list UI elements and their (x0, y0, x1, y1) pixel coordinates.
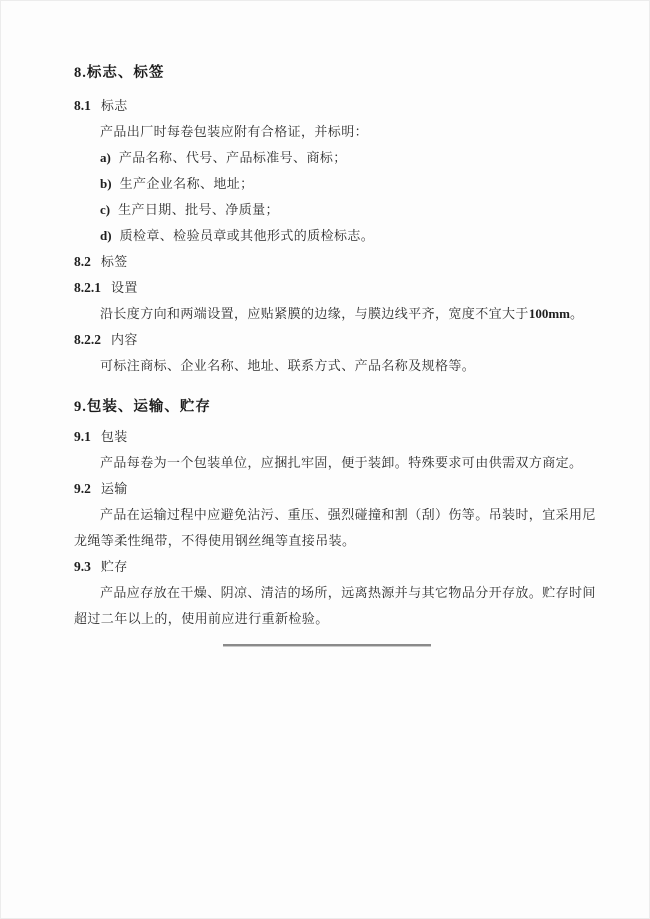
subsection-number: 8.1 (74, 98, 91, 113)
subsection-number: 9.3 (74, 559, 91, 574)
paragraph-bold-value: 100mm (529, 306, 570, 321)
end-divider (223, 644, 431, 647)
list-item-text: 生产企业名称、地址； (120, 176, 254, 191)
paragraph-text: 。 (570, 306, 583, 321)
subsection-title: 贮存 (101, 559, 128, 574)
subsection-number: 9.1 (74, 429, 91, 444)
subsection-8-2: 8.2标签 (74, 249, 579, 275)
subsection-8-2-2: 8.2.2内容 (74, 327, 579, 353)
document-page: 8.标志、标签 8.1标志 产品出厂时每卷包装应附有合格证，并标明： a)产品名… (0, 0, 650, 919)
list-item-text: 质检章、检验员章或其他形式的质检标志。 (120, 228, 375, 243)
subsection-title: 标志 (101, 98, 128, 113)
list-item-label: b) (100, 176, 112, 191)
subsection-title: 内容 (111, 332, 138, 347)
paragraph-9-2-line1: 产品在运输过程中应避免沾污、重压、强烈碰撞和割（刮）伤等。吊装时，宜采用尼 (74, 502, 579, 528)
paragraph-9-1: 产品每卷为一个包装单位，应捆扎牢固，便于装卸。特殊要求可由供需双方商定。 (74, 450, 579, 476)
paragraph-9-3-line1: 产品应存放在干燥、阴凉、清洁的场所，远离热源并与其它物品分开存放。贮存时间 (74, 580, 579, 606)
subsection-8-2-1: 8.2.1设置 (74, 275, 579, 301)
subsection-title: 运输 (101, 481, 128, 496)
list-item-label: c) (100, 202, 110, 217)
list-item-text: 产品名称、代号、产品标准号、商标； (119, 150, 347, 165)
section-9-heading: 9.包装、运输、贮存 (74, 394, 579, 420)
section-8-heading: 8.标志、标签 (74, 60, 579, 86)
subsection-number: 9.2 (74, 481, 91, 496)
subsection-9-3: 9.3贮存 (74, 554, 579, 580)
list-item-c: c)生产日期、批号、净质量； (74, 197, 579, 223)
subsection-9-2: 9.2运输 (74, 476, 579, 502)
subsection-number: 8.2 (74, 254, 91, 269)
paragraph-8-2-1: 沿长度方向和两端设置，应贴紧膜的边缘，与膜边线平齐，宽度不宜大于100mm。 (74, 301, 579, 327)
list-item-label: d) (100, 228, 112, 243)
subsection-title: 包装 (101, 429, 128, 444)
subsection-9-1: 9.1包装 (74, 424, 579, 450)
paragraph-8-2-2: 可标注商标、企业名称、地址、联系方式、产品名称及规格等。 (74, 353, 579, 379)
subsection-title: 设置 (111, 280, 138, 295)
paragraph-8-1-intro: 产品出厂时每卷包装应附有合格证，并标明： (74, 119, 579, 145)
list-item-d: d)质检章、检验员章或其他形式的质检标志。 (74, 223, 579, 249)
subsection-title: 标签 (101, 254, 128, 269)
paragraph-9-2-line2: 龙绳等柔性绳带，不得使用钢丝绳等直接吊装。 (74, 528, 579, 554)
list-item-label: a) (100, 150, 111, 165)
list-item-a: a)产品名称、代号、产品标准号、商标； (74, 145, 579, 171)
list-item-b: b)生产企业名称、地址； (74, 171, 579, 197)
subsection-8-1: 8.1标志 (74, 93, 579, 119)
paragraph-9-3-line2: 超过二年以上的，使用前应进行重新检验。 (74, 606, 579, 632)
subsection-number: 8.2.1 (74, 280, 101, 295)
list-item-text: 生产日期、批号、净质量； (118, 202, 279, 217)
paragraph-text: 沿长度方向和两端设置，应贴紧膜的边缘，与膜边线平齐，宽度不宜大于 (100, 306, 529, 321)
subsection-number: 8.2.2 (74, 332, 101, 347)
